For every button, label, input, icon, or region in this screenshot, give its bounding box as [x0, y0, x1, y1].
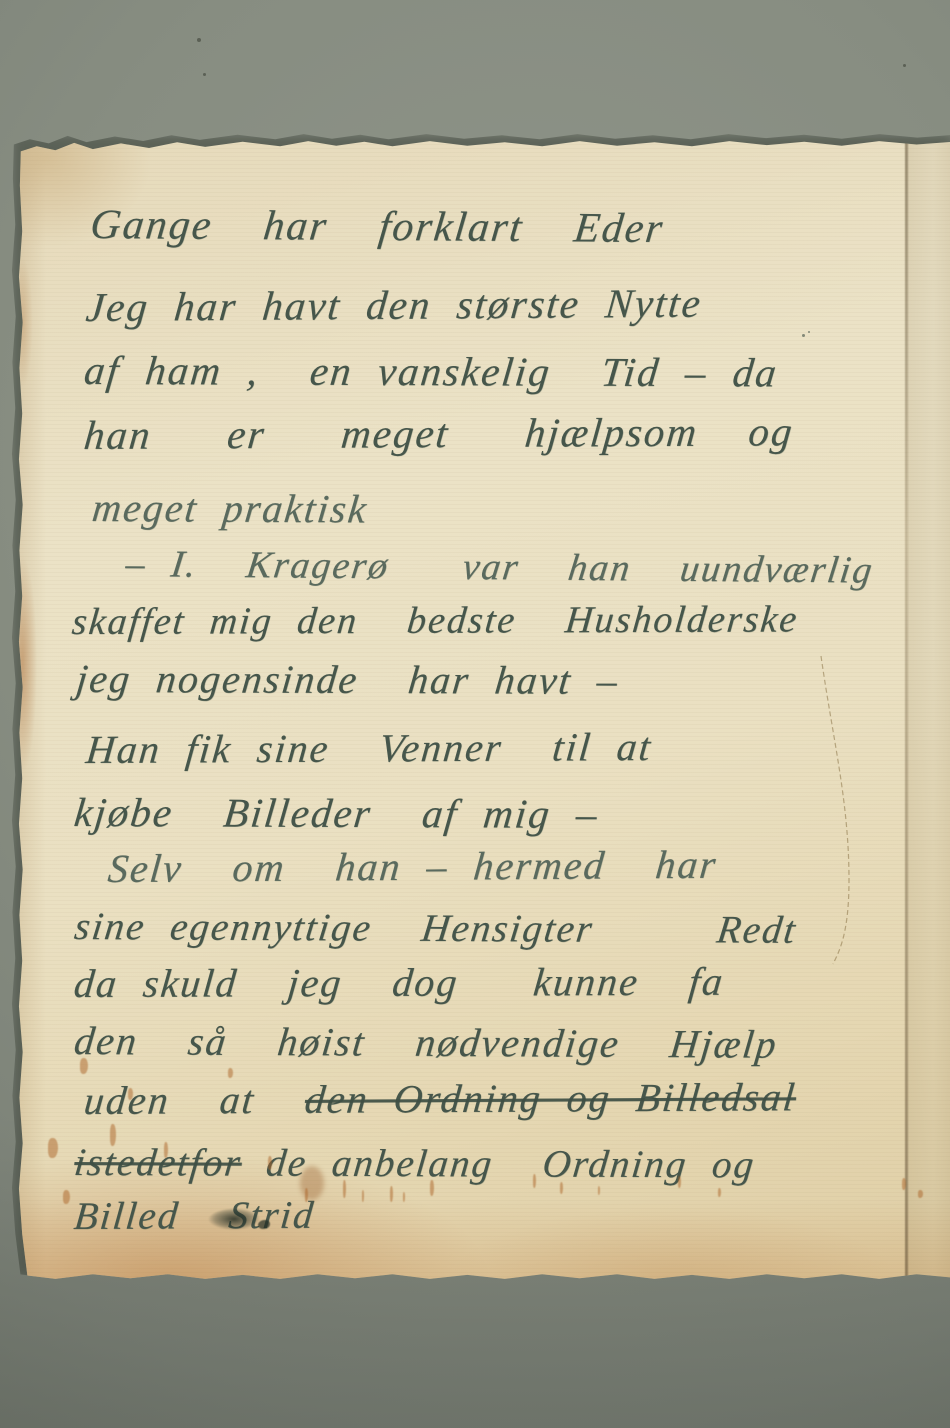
stain-drip	[403, 1192, 405, 1202]
handwriting-line-16: istedetfor de anbelang Ordning og	[72, 1142, 757, 1187]
ink-fleck	[802, 334, 805, 337]
handwriting-line-1: Gange har forklart Eder	[88, 202, 666, 252]
handwriting-line-5: meget praktisk	[90, 486, 370, 531]
ink-fleck	[808, 331, 810, 333]
brown-splotch	[300, 1166, 324, 1200]
handwriting-line-7: skaffet mig den bedste Husholderske	[70, 599, 800, 643]
folded-strip	[908, 140, 950, 1280]
stain-drip	[343, 1180, 346, 1198]
fold-crease	[905, 140, 908, 1280]
stain-drip	[48, 1138, 58, 1158]
stain-drip	[63, 1190, 70, 1204]
handwriting-line-9: Han fik sine Venner til at	[84, 725, 654, 772]
stain-drip	[362, 1190, 364, 1202]
handwriting-line-6: – I. Kragerø var han uundværlig	[123, 544, 876, 592]
handwriting-line-14: den så høist nødvendige Hjælp	[72, 1019, 780, 1067]
handwriting-line-13: da skuld jeg dog kunne fa	[72, 960, 726, 1006]
stain-drip	[80, 1058, 88, 1074]
handwriting-line-15: uden at den Ordning og Billedsal	[82, 1075, 798, 1123]
handwriting-line-3: af ham , en vanskelig Tid – da	[82, 348, 780, 395]
stain-drip	[430, 1180, 434, 1196]
handwriting-line-4: han er meget hjælpsom og	[82, 409, 796, 458]
handwriting-line-10: kjøbe Billeder af mig –	[72, 790, 601, 837]
photo-of-letter: Gange har forklart Eder Jeg har havt den…	[0, 0, 950, 1428]
handwriting-line-17: Billed Strid	[72, 1195, 317, 1239]
backing-speck	[203, 73, 206, 76]
backing-speck	[197, 38, 201, 42]
letter-page-wrap: Gange har forklart Eder Jeg har havt den…	[18, 140, 950, 1280]
handwriting-line-2: Jeg har havt den største Nytte	[84, 281, 704, 330]
stain-drip	[718, 1188, 721, 1197]
handwriting-line-11: Selv om han – hermed har	[106, 843, 719, 891]
stain-drip	[560, 1182, 563, 1194]
backing-speck	[903, 64, 906, 67]
stain-drip	[598, 1186, 600, 1195]
letter-page: Gange har forklart Eder Jeg har havt den…	[18, 140, 950, 1280]
handwriting-line-12: sine egennyttige Hensigter Redt	[72, 906, 799, 953]
handwriting-line-8: jeg nogensinde har havt –	[74, 657, 621, 703]
stain-drip	[390, 1186, 393, 1202]
